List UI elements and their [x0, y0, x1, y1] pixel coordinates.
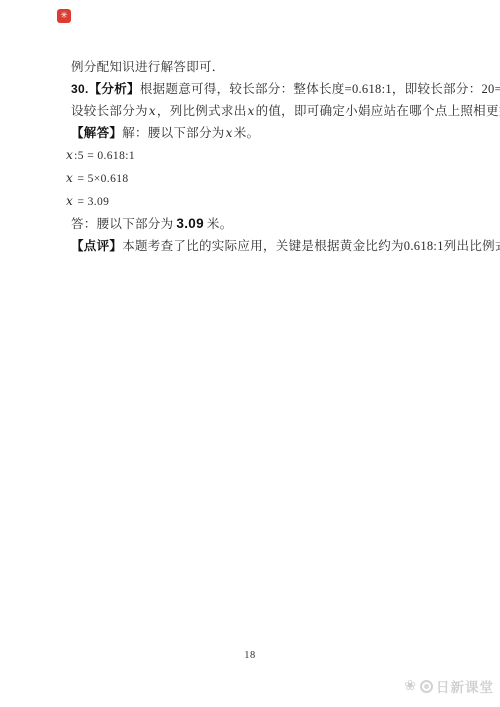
math-variable-x: x: [65, 194, 74, 208]
brand-logo-badge: ✳: [57, 9, 71, 23]
answer-line: 答：腰以下部分为3.09米。: [71, 217, 482, 231]
analysis-line-2: 设较长部分为x，列比例式求出x的值，即可确定小娟应站在哪个点上照相更好。: [71, 104, 482, 118]
watermark-text: 日新课堂: [436, 676, 494, 696]
page-number: 18: [0, 650, 500, 661]
intro-line-text: 例分配知识进行解答即可．: [71, 60, 225, 74]
math-variable-x: x: [225, 126, 234, 140]
math-variable-x: x: [247, 104, 256, 118]
asterisk-icon: ✳: [60, 12, 68, 21]
flower-logo-icon: ❀: [404, 679, 417, 693]
analysis-line-1: 30.【分析】根据题意可得，较长部分：整体长度=0.618:1，即较长部分：20…: [71, 82, 482, 96]
solution-intro-a: 解：腰以下部分为: [122, 126, 224, 140]
math-variable-x: x: [65, 171, 74, 185]
intro-line: 例分配知识进行解答即可．: [71, 60, 482, 74]
watermark: ❀ 日新课堂: [404, 676, 494, 696]
equation-2-rest: = 5×0.618: [74, 173, 128, 185]
comment-line: 【点评】本题考查了比的实际应用，关键是根据黄金比约为0.618:1列出比例式。: [71, 239, 482, 253]
solution-label: 【解答】: [71, 126, 122, 140]
solution-text-block: 例分配知识进行解答即可． 30.【分析】根据题意可得，较长部分：整体长度=0.6…: [71, 60, 482, 261]
solution-line: 【解答】解：腰以下部分为x米。: [71, 126, 482, 140]
comment-label: 【点评】: [71, 239, 122, 253]
math-variable-x: x: [65, 148, 74, 162]
solution-intro-b: 米。: [234, 126, 260, 140]
answer-prefix: 答：腰以下部分为: [71, 217, 173, 231]
comment-text: 本题考查了比的实际应用，关键是根据黄金比约为0.618:1列出比例式。: [122, 239, 500, 253]
equation-1-rest: :5 = 0.618:1: [74, 150, 135, 162]
analysis-cont-c: 的值，即可确定小娟应站在哪个点上照相更好。: [256, 104, 500, 118]
equation-3-rest: = 3.09: [74, 196, 109, 208]
document-page: ✳ 例分配知识进行解答即可． 30.【分析】根据题意可得，较长部分：整体长度=0…: [0, 0, 500, 707]
analysis-text: 根据题意可得，较长部分：整体长度=0.618:1，即较长部分：20=0.618:…: [140, 82, 500, 96]
circle-logo-icon: [420, 680, 433, 693]
analysis-cont-a: 设较长部分为: [71, 104, 148, 118]
equation-1: x:5 = 0.618:1: [65, 148, 482, 163]
answer-value: 3.09: [176, 216, 203, 231]
math-variable-x: x: [148, 104, 157, 118]
problem-number: 30.: [71, 82, 89, 96]
equation-2: x = 5×0.618: [65, 171, 482, 186]
analysis-cont-b: ，列比例式求出: [157, 104, 247, 118]
equation-3: x = 3.09: [65, 194, 482, 209]
analysis-label: 【分析】: [89, 82, 140, 96]
answer-suffix: 米。: [207, 217, 233, 231]
